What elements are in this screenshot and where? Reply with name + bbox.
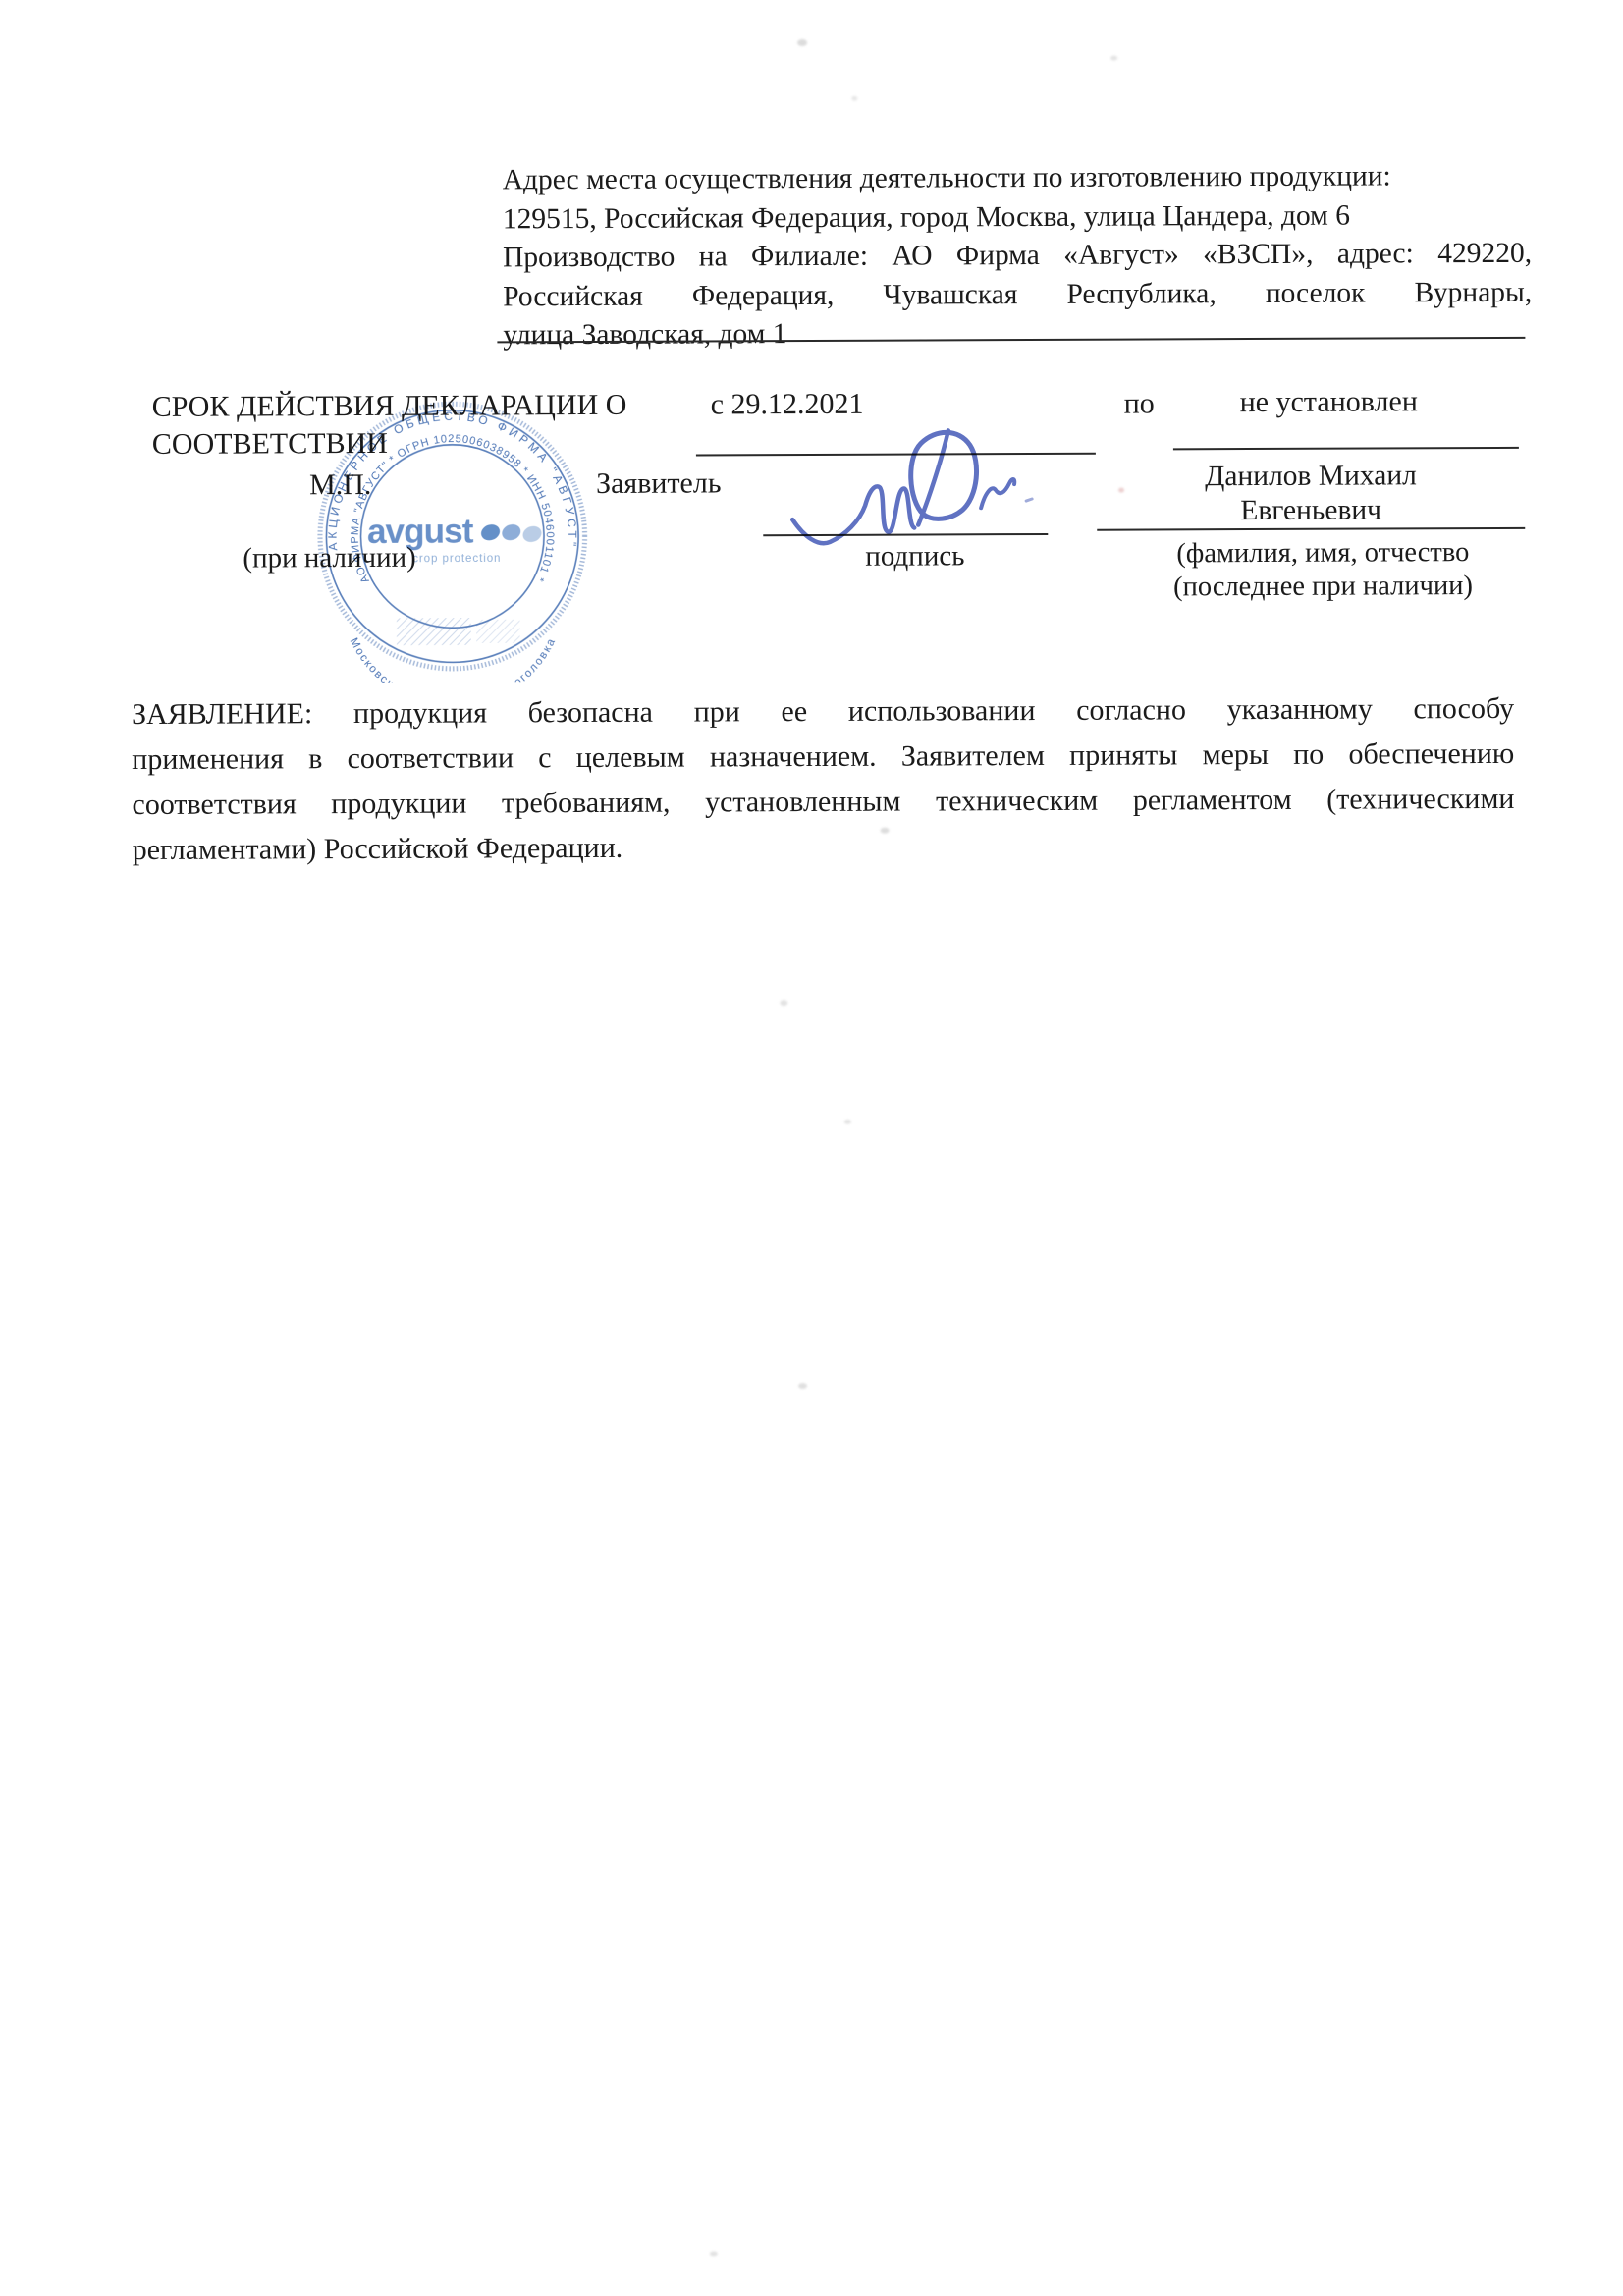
stamp-logo-subtext: crop protection bbox=[412, 553, 501, 565]
scan-speck bbox=[797, 39, 807, 46]
statement-line: регламентами) Российской Федерации. bbox=[133, 822, 1515, 873]
scan-speck bbox=[710, 2251, 718, 2256]
name-caption-line2: (последнее при наличии) bbox=[1095, 570, 1550, 605]
signature-stroke bbox=[981, 479, 1014, 508]
manufacturing-address-block: Адрес места осуществления деятельности п… bbox=[503, 157, 1533, 355]
validity-to-underline bbox=[1173, 447, 1519, 451]
statement-line: ЗАЯВЛЕНИЕ: продукция безопасна при ее ис… bbox=[132, 686, 1514, 738]
scan-content: Адрес места осуществления деятельности п… bbox=[0, 0, 1623, 2296]
company-stamp: АКЦИОНЕРНОЕ ОБЩЕСТВО ФИРМА "АВГУСТ" АО Ф… bbox=[316, 390, 589, 683]
applicant-label: Заявитель bbox=[596, 466, 722, 501]
scan-speck bbox=[851, 96, 857, 101]
address-line: Адрес места осуществления деятельности п… bbox=[503, 157, 1532, 200]
scan-speck bbox=[798, 1383, 807, 1389]
statement-line: применения в соответствии с целевым назн… bbox=[132, 732, 1514, 783]
stamp-logo-drops-icon bbox=[479, 521, 544, 545]
stamp-logo-text: avgust bbox=[367, 512, 474, 550]
statement-paragraph: ЗАЯВЛЕНИЕ: продукция безопасна при ее ис… bbox=[132, 686, 1515, 873]
scan-speck bbox=[1110, 56, 1117, 61]
validity-to-value: не установлен bbox=[1240, 385, 1418, 419]
address-line: Производство на Филиале: АО Фирма «Авгус… bbox=[503, 235, 1532, 278]
scan-speck bbox=[780, 1000, 787, 1006]
address-line: улица Заводская, дом 1 bbox=[503, 312, 1532, 355]
address-line: 129515, Российская Федерация, город Моск… bbox=[503, 195, 1532, 239]
scan-speck bbox=[844, 1120, 851, 1124]
scanned-declaration-page: Адрес места осуществления деятельности п… bbox=[0, 0, 1623, 2296]
address-line: Российская Федерация, Чувашская Республи… bbox=[503, 273, 1532, 316]
stamp-redacted-patch bbox=[397, 618, 520, 645]
statement-line: соответствия продукции требованиям, уста… bbox=[132, 777, 1514, 828]
signature-stroke bbox=[1026, 499, 1032, 501]
scan-speck bbox=[881, 828, 890, 834]
handwritten-signature bbox=[763, 406, 1176, 565]
signature-stroke bbox=[792, 486, 914, 543]
scan-speck bbox=[1118, 488, 1124, 493]
